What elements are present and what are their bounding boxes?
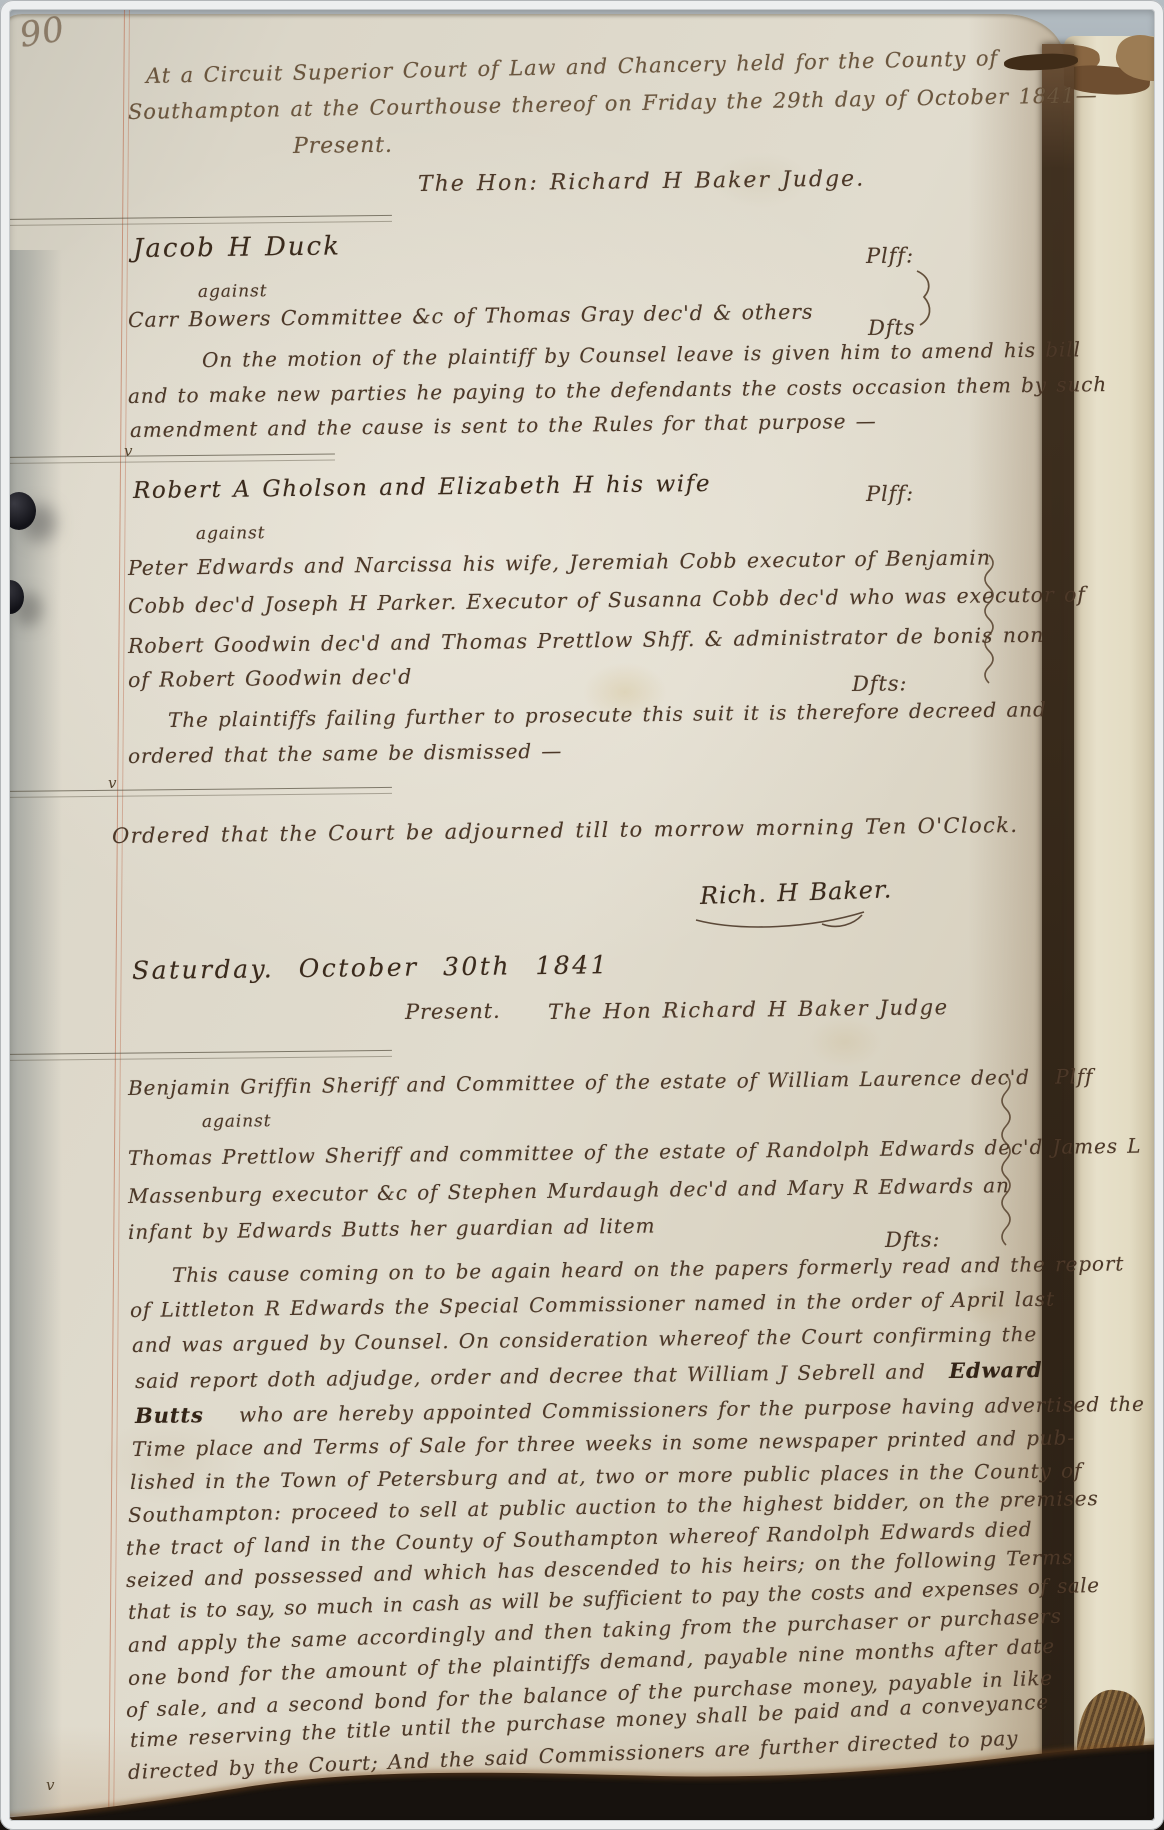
case2-dfts-label: Dfts: xyxy=(852,671,908,696)
session2-present: Present. xyxy=(405,999,501,1024)
manuscript-photo: 90 At a Circuit Superior Court of Law an… xyxy=(0,0,1164,1830)
case1-against: against xyxy=(198,281,268,302)
case3-dfts-label: Dfts: xyxy=(885,1227,941,1252)
page-number: 90 xyxy=(17,9,68,56)
session2-date: Saturday. October 30th 1841 xyxy=(132,950,609,985)
case2-against: against xyxy=(196,523,266,544)
case3-against: against xyxy=(202,1111,272,1132)
signature-flourish xyxy=(692,906,872,932)
case1-dfts-label: Dfts xyxy=(868,315,916,340)
case3-plff-label: Plff xyxy=(1055,1064,1094,1088)
decree-bold-name: Edward xyxy=(949,1357,1043,1383)
session2-judge: The Hon Richard H Baker Judge xyxy=(548,995,949,1024)
dark-book-edge xyxy=(0,1738,1164,1830)
header-present: Present. xyxy=(293,133,393,159)
case1-brace-mark xyxy=(912,268,938,328)
decree-bold-name: Butts xyxy=(135,1402,204,1428)
case2-defendant-line: of Robert Goodwin dec'd xyxy=(128,665,413,692)
case2-plff-label: Plff: xyxy=(866,481,914,506)
case2-brace-squiggle xyxy=(980,552,998,692)
case1-plff-label: Plff: xyxy=(866,243,914,268)
case3-brace-squiggle xyxy=(996,1072,1016,1248)
case1-plaintiff: Jacob H Duck xyxy=(133,231,341,264)
